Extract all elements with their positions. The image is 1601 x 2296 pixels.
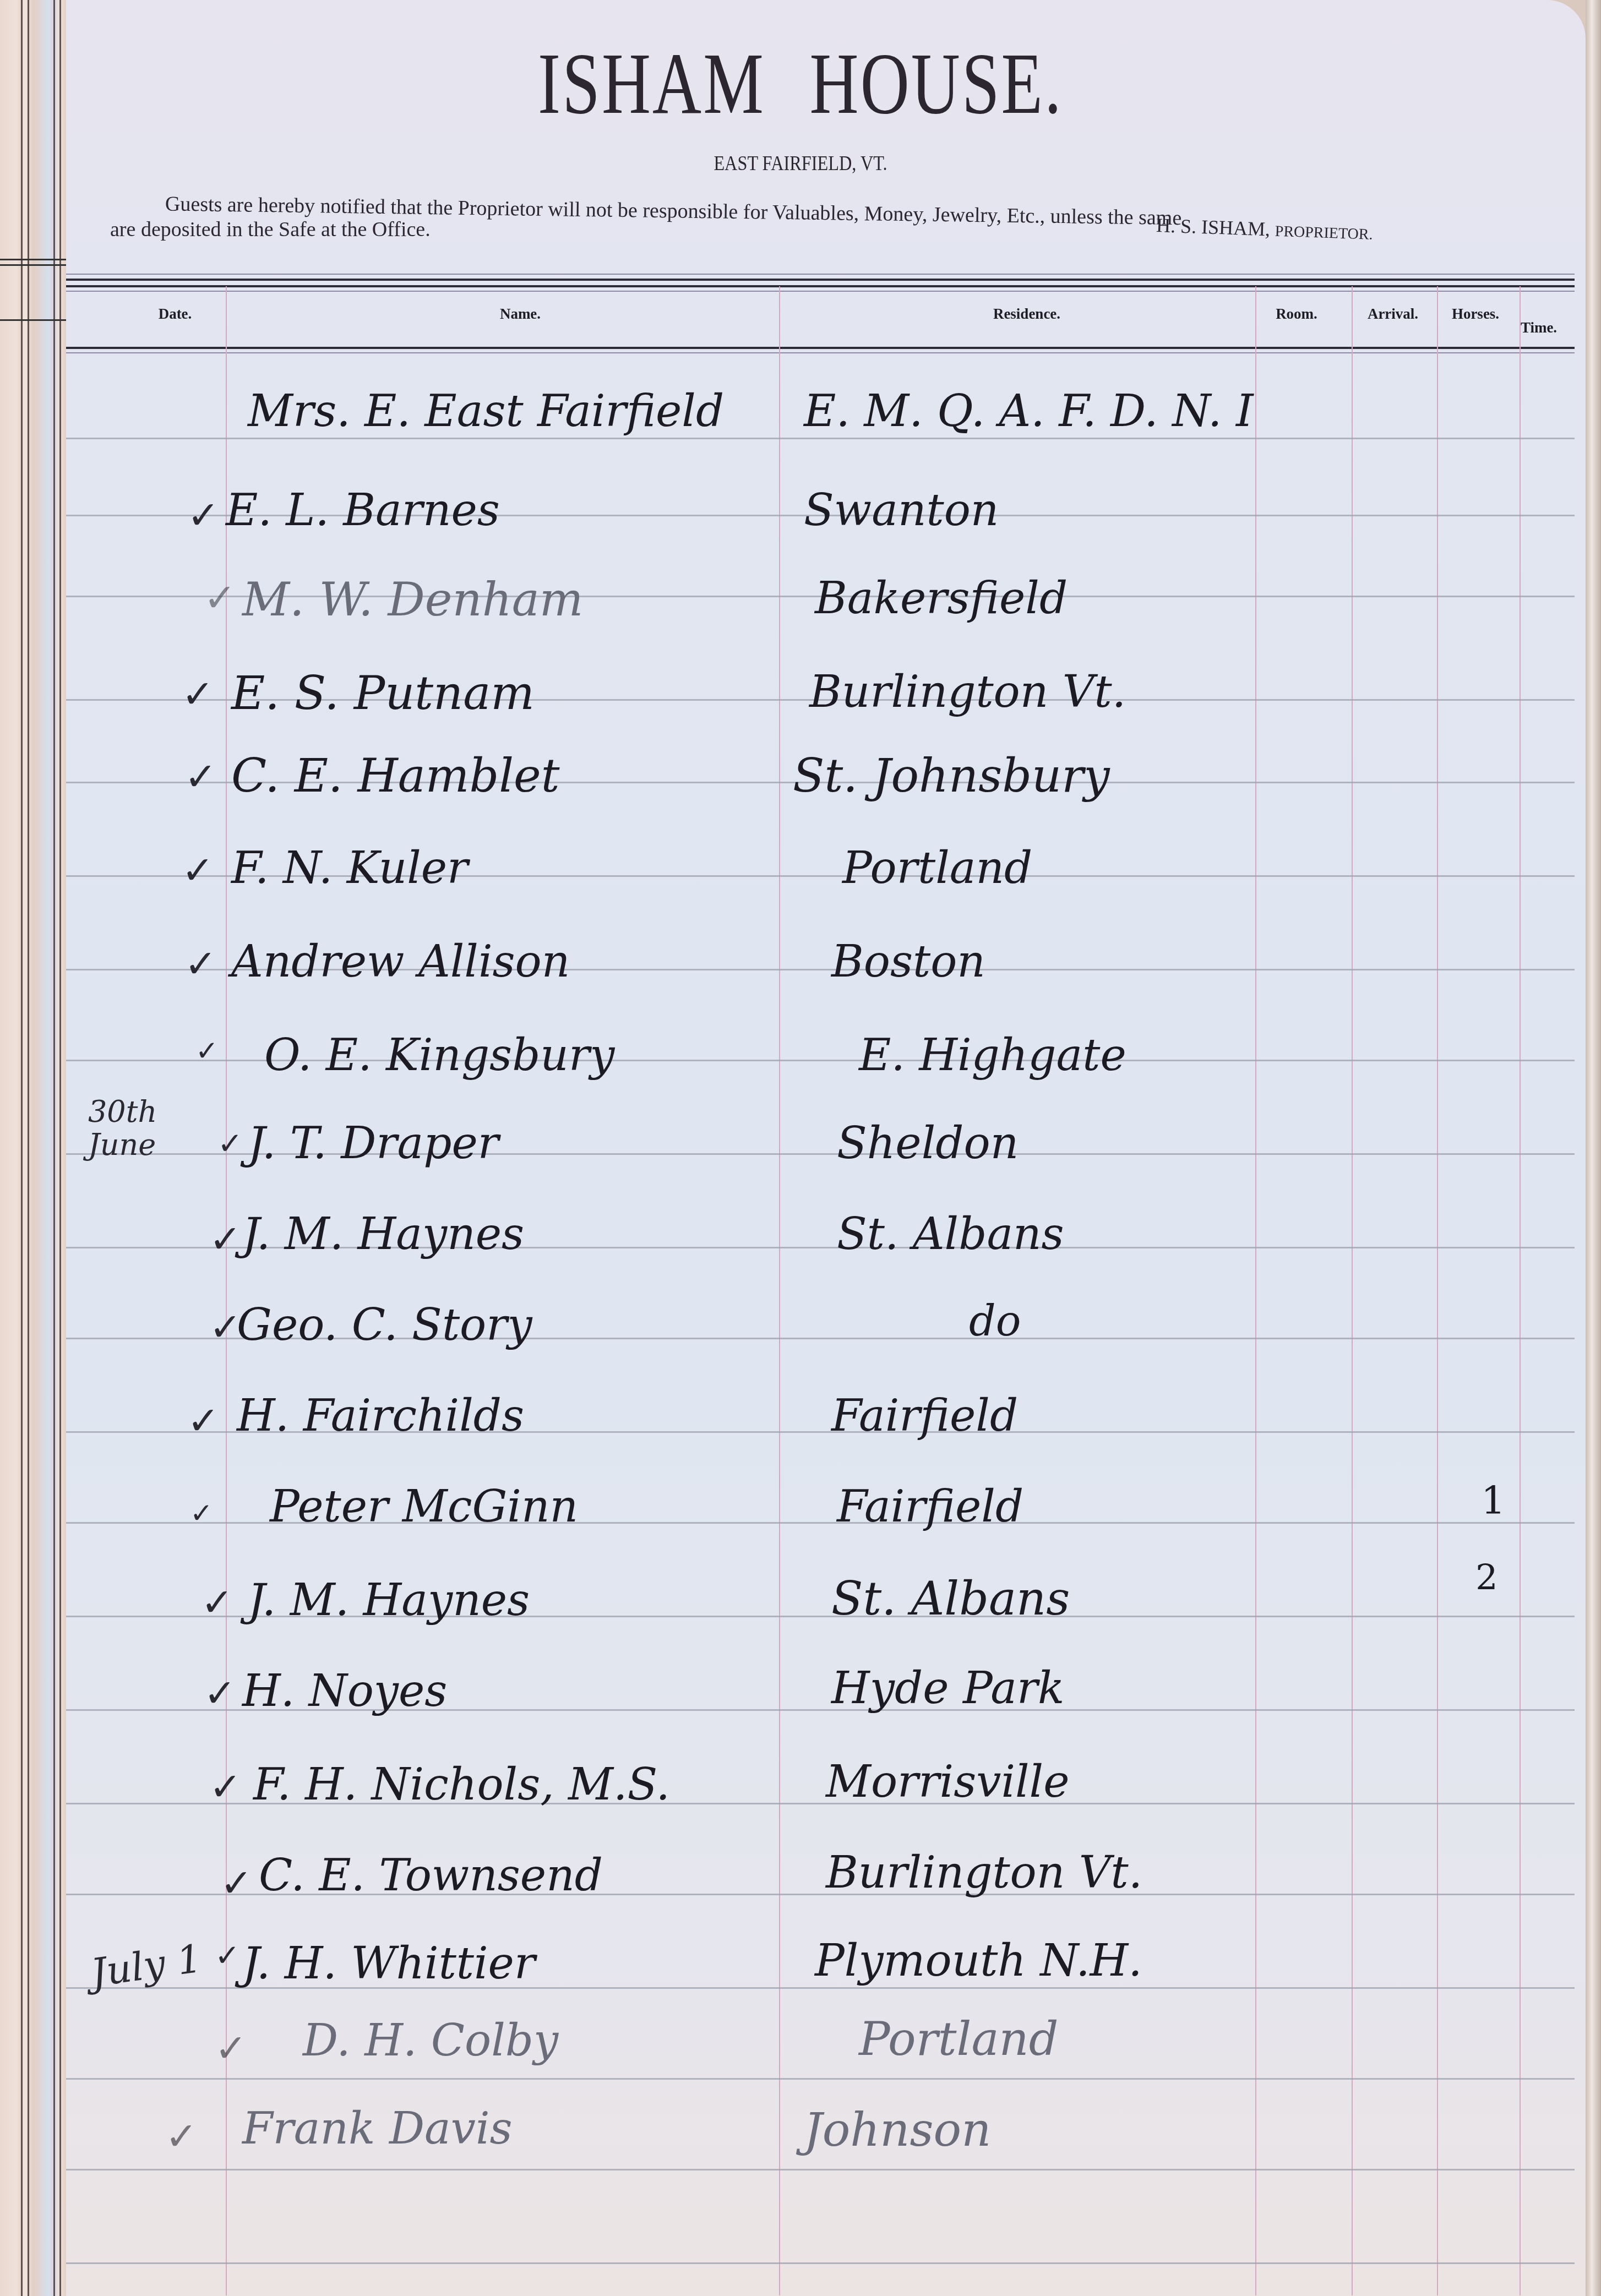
page-edge xyxy=(1586,0,1601,2296)
column-header-room: Room. xyxy=(1276,306,1317,323)
guest-residence: Bakersfield xyxy=(815,572,1068,624)
guest-residence: St. Albans xyxy=(831,1572,1070,1626)
proprietor-title: Proprietor. xyxy=(1275,223,1373,243)
check-mark-icon: ✓ xyxy=(195,1035,219,1067)
guest-name: Geo. C. Story xyxy=(237,1299,532,1350)
hotel-title: ISHAM HOUSE. xyxy=(176,34,1425,134)
guest-residence: St. Albans xyxy=(837,1208,1064,1259)
guest-name: Mrs. E. East Fairfield xyxy=(248,385,724,437)
column-header-time: Time. xyxy=(1521,319,1557,336)
horses-count: 1 xyxy=(1481,1478,1506,1523)
column-header-arrival: Arrival. xyxy=(1368,306,1418,323)
check-mark-icon: ✓ xyxy=(204,1671,236,1716)
guest-name: C. E. Townsend xyxy=(259,1850,603,1901)
header-rule xyxy=(66,347,1575,349)
guest-residence: Plymouth N.H. xyxy=(815,1935,1142,1986)
header-rule xyxy=(66,352,1575,353)
guest-name: E. L. Barnes xyxy=(226,484,500,536)
check-mark-icon: ✓ xyxy=(182,672,214,717)
column-header-name: Name. xyxy=(500,306,541,323)
guest-name: J. T. Draper xyxy=(248,1117,499,1169)
guest-name: Andrew Allison xyxy=(231,936,570,987)
guest-residence: Johnson xyxy=(804,2103,991,2157)
guest-residence: E. Highgate xyxy=(859,1029,1126,1081)
header-rule xyxy=(66,274,1575,275)
guest-residence: E. M. Q. A. F. D. N. I xyxy=(804,385,1254,437)
check-mark-icon: ✓ xyxy=(220,1861,253,1906)
guest-residence: Hyde Park xyxy=(831,1662,1065,1714)
header-rule xyxy=(66,285,1575,287)
column-header-date: Date. xyxy=(159,306,192,323)
guest-name: J. M. Haynes xyxy=(248,1574,530,1626)
guest-residence: St. Johnsbury xyxy=(793,749,1110,803)
check-mark-icon: ✓ xyxy=(204,575,236,620)
check-mark-icon: ✓ xyxy=(184,754,217,799)
column-divider xyxy=(1520,286,1521,2295)
check-mark-icon: ✓ xyxy=(209,1764,242,1809)
hotel-location: EAST FAIRFIELD, VT. xyxy=(120,151,1481,176)
column-divider xyxy=(779,286,780,2295)
proprietor-name: H. S. ISHAM, xyxy=(1156,214,1270,240)
row-rule xyxy=(66,2262,1575,2264)
row-rule xyxy=(66,2169,1575,2170)
check-mark-icon: ✓ xyxy=(187,493,220,538)
guest-name: Frank Davis xyxy=(242,2103,513,2154)
guest-name: O. E. Kingsbury xyxy=(264,1029,614,1081)
guest-name: D. H. Colby xyxy=(303,2015,558,2066)
header-rule xyxy=(66,291,1575,292)
header-rule xyxy=(66,279,1575,281)
guest-name: F. N. Kuler xyxy=(231,842,468,893)
guest-name: M. W. Denham xyxy=(242,572,583,626)
check-mark-icon: ✓ xyxy=(165,2114,198,2159)
check-mark-icon: ✓ xyxy=(187,1398,220,1443)
date-note-june: 30th June xyxy=(88,1095,198,1161)
horses-count: 2 xyxy=(1475,1558,1498,1599)
check-mark-icon: ✓ xyxy=(209,1217,242,1262)
guest-name: H. Noyes xyxy=(242,1665,447,1716)
guest-residence: Morrisville xyxy=(826,1756,1070,1807)
guest-name: Peter McGinn xyxy=(270,1481,578,1532)
guest-name: C. E. Hamblet xyxy=(231,749,560,803)
column-header-residence: Residence. xyxy=(993,306,1060,323)
column-header-horses: Horses. xyxy=(1452,306,1499,323)
guest-residence: Fairfield xyxy=(837,1481,1023,1532)
check-mark-icon: ✓ xyxy=(190,1497,213,1529)
guest-residence: Portland xyxy=(859,2012,1058,2066)
column-divider xyxy=(1352,286,1353,2295)
guest-residence: Fairfield xyxy=(831,1390,1018,1441)
guest-name: J. M. Haynes xyxy=(242,1208,524,1259)
guest-residence: do xyxy=(969,1296,1021,1345)
guest-residence: Swanton xyxy=(804,484,999,536)
row-rule xyxy=(66,2078,1575,2080)
guest-residence: Sheldon xyxy=(837,1117,1019,1169)
guest-residence: Burlington Vt. xyxy=(826,1847,1142,1898)
check-mark-icon: ✓ xyxy=(215,2026,247,2071)
guest-name: J. H. Whittier xyxy=(242,1938,535,1989)
column-divider xyxy=(1255,286,1256,2295)
guest-name: F. H. Nichols, M.S. xyxy=(253,1759,670,1810)
column-divider xyxy=(1437,286,1438,2295)
check-mark-icon: ✓ xyxy=(217,1126,243,1161)
guest-name: H. Fairchilds xyxy=(237,1390,524,1441)
guest-residence: Burlington Vt. xyxy=(809,666,1126,717)
guest-residence: Boston xyxy=(831,936,985,987)
check-mark-icon: ✓ xyxy=(182,848,214,893)
guest-residence: Portland xyxy=(842,842,1032,893)
guest-name: E. S. Putnam xyxy=(231,666,535,720)
book-binding xyxy=(0,0,66,2296)
check-mark-icon: ✓ xyxy=(201,1580,233,1625)
check-mark-icon: ✓ xyxy=(184,941,217,986)
row-rule xyxy=(66,438,1575,439)
check-mark-icon: ✓ xyxy=(215,1938,240,1973)
